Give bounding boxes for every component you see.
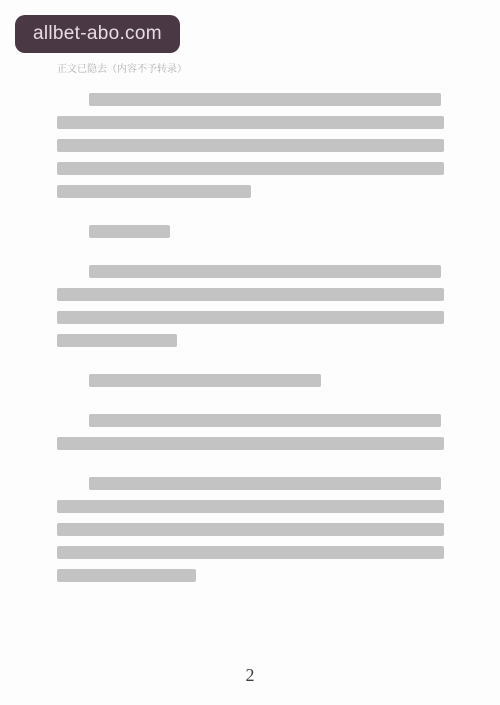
redaction-bar xyxy=(57,334,177,347)
redaction-bar xyxy=(89,93,441,106)
paragraph-6-narrative-redacted xyxy=(57,472,444,587)
redacted-text-line xyxy=(57,495,444,518)
paragraph-1-narrative-redacted xyxy=(57,88,444,203)
paragraph-4-dialogue-redacted xyxy=(57,369,444,392)
redaction-bar xyxy=(57,185,251,198)
redacted-text-line xyxy=(57,369,444,392)
redaction-note: 正文已隐去（内容不予转录） xyxy=(57,60,444,75)
redacted-text-line xyxy=(57,409,444,432)
redaction-bar xyxy=(57,437,444,450)
page-body-text xyxy=(57,88,444,604)
redacted-text-line xyxy=(57,564,444,587)
redacted-text-line xyxy=(57,283,444,306)
redaction-bar xyxy=(57,523,444,536)
paragraph-5-narrative-redacted xyxy=(57,409,444,455)
redacted-text-line xyxy=(57,329,444,352)
redacted-text-line xyxy=(57,260,444,283)
paragraph-2-dialogue-redacted xyxy=(57,220,444,243)
redaction-bar xyxy=(57,311,444,324)
redaction-bar xyxy=(57,288,444,301)
redaction-bar xyxy=(57,162,444,175)
site-watermark-badge[interactable]: allbet-abo.com xyxy=(15,15,180,53)
redacted-text-line xyxy=(57,472,444,495)
redaction-bar xyxy=(57,546,444,559)
redaction-bar xyxy=(89,265,441,278)
redaction-bar xyxy=(57,116,444,129)
redacted-text-line xyxy=(57,518,444,541)
paragraph-3-narrative-redacted xyxy=(57,260,444,352)
redacted-text-line xyxy=(57,88,444,111)
redaction-bar xyxy=(89,477,441,490)
redaction-bar xyxy=(57,500,444,513)
redaction-bar xyxy=(89,414,441,427)
redacted-text-line xyxy=(57,157,444,180)
document-page: allbet-abo.com 正文已隐去（内容不予转录） 2 xyxy=(0,0,500,705)
page-number: 2 xyxy=(0,665,500,686)
redacted-text-line xyxy=(57,432,444,455)
redacted-text-line xyxy=(57,220,444,243)
redaction-bar xyxy=(57,569,196,582)
redacted-text-line xyxy=(57,306,444,329)
redaction-bar xyxy=(57,139,444,152)
redacted-text-line xyxy=(57,111,444,134)
redacted-text-line xyxy=(57,541,444,564)
redacted-text-line xyxy=(57,134,444,157)
redaction-bar xyxy=(89,374,321,387)
redaction-bar xyxy=(89,225,170,238)
redacted-text-line xyxy=(57,180,444,203)
